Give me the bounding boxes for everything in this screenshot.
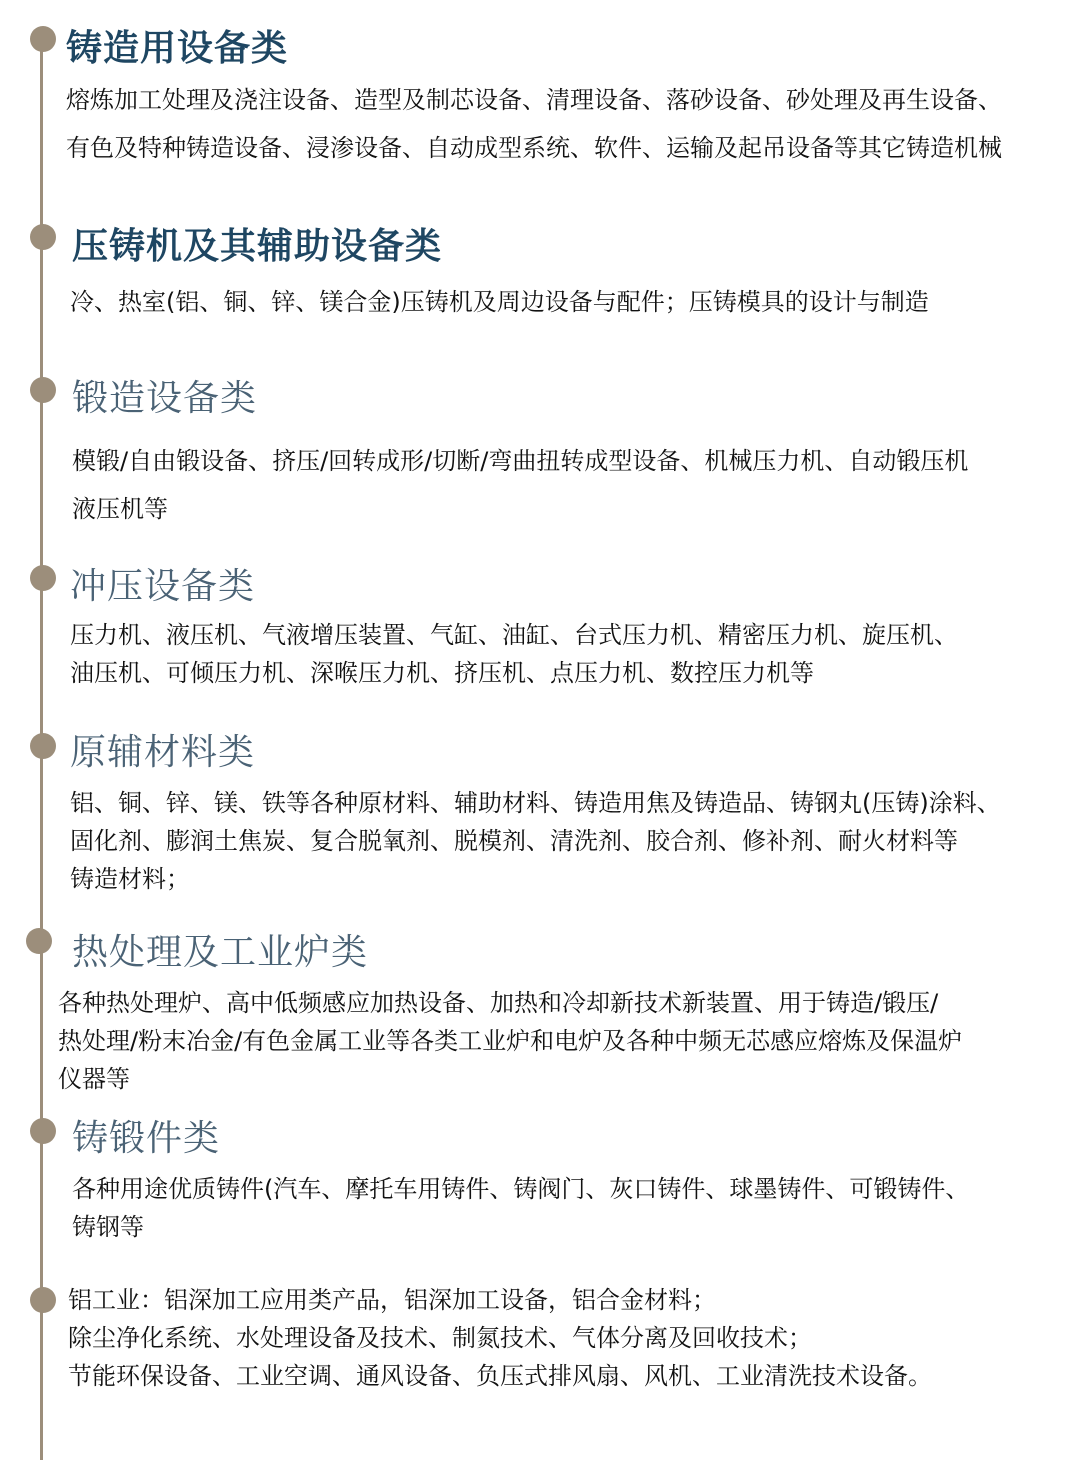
timeline-dot-icon xyxy=(26,928,52,954)
body-line: 节能环保设备、工业空调、通风设备、负压式排风扇、风机、工业清洗技术设备。 xyxy=(68,1357,932,1395)
timeline-dot-icon xyxy=(30,26,56,52)
body-line: 模锻/自由锻设备、挤压/回转成形/切断/弯曲扭转成型设备、机械压力机、自动锻压机 xyxy=(72,437,968,485)
section-body: 各种用途优质铸件(汽车、摩托车用铸件、铸阀门、灰口铸件、球墨铸件、可锻铸件、 铸… xyxy=(72,1170,969,1246)
body-line: 固化剂、膨润土焦炭、复合脱氧剂、脱模剂、清洗剂、胶合剂、修补剂、耐火材料等 xyxy=(70,822,1001,860)
section-title: 铸锻件类 xyxy=(72,1110,220,1161)
timeline-dot-icon xyxy=(30,1287,56,1313)
body-line: 铝工业：铝深加工应用类产品，铝深加工设备，铝合金材料； xyxy=(68,1281,932,1319)
section-body: 模锻/自由锻设备、挤压/回转成形/切断/弯曲扭转成型设备、机械压力机、自动锻压机… xyxy=(72,437,968,533)
section-title: 热处理及工业炉类 xyxy=(72,924,368,975)
section-title: 冲压设备类 xyxy=(70,558,255,609)
body-line: 各种热处理炉、高中低频感应加热设备、加热和冷却新技术新装置、用于铸造/锻压/ xyxy=(58,984,962,1022)
body-line: 除尘净化系统、水处理设备及技术、制氮技术、气体分离及回收技术； xyxy=(68,1319,932,1357)
section-body: 压力机、液压机、气液增压装置、气缸、油缸、台式压力机、精密压力机、旋压机、 油压… xyxy=(70,616,958,692)
body-line: 各种用途优质铸件(汽车、摩托车用铸件、铸阀门、灰口铸件、球墨铸件、可锻铸件、 xyxy=(72,1170,969,1208)
section-body: 铝、铜、锌、镁、铁等各种原材料、辅助材料、铸造用焦及铸造品、铸钢丸(压铸)涂料、… xyxy=(70,784,1001,898)
body-line: 铝、铜、锌、镁、铁等各种原材料、辅助材料、铸造用焦及铸造品、铸钢丸(压铸)涂料、 xyxy=(70,784,1001,822)
body-line: 液压机等 xyxy=(72,485,968,533)
section-body: 熔炼加工处理及浇注设备、造型及制芯设备、清理设备、落砂设备、砂处理及再生设备、 … xyxy=(66,76,1002,172)
section-body: 铝工业：铝深加工应用类产品，铝深加工设备，铝合金材料； 除尘净化系统、水处理设备… xyxy=(68,1281,932,1395)
timeline-dot-icon xyxy=(30,565,56,591)
body-line: 热处理/粉末冶金/有色金属工业等各类工业炉和电炉及各种中频无芯感应熔炼及保温炉 xyxy=(58,1022,962,1060)
section-title: 铸造用设备类 xyxy=(66,20,288,71)
body-line: 有色及特种铸造设备、浸渗设备、自动成型系统、软件、运输及起吊设备等其它铸造机械 xyxy=(66,124,1002,172)
body-line: 仪器等 xyxy=(58,1060,962,1098)
section-title: 原辅材料类 xyxy=(70,724,255,775)
section-title: 压铸机及其辅助设备类 xyxy=(72,218,442,269)
body-line: 压力机、液压机、气液增压装置、气缸、油缸、台式压力机、精密压力机、旋压机、 xyxy=(70,616,958,654)
timeline-dot-icon xyxy=(30,224,56,250)
body-line: 油压机、可倾压力机、深喉压力机、挤压机、点压力机、数控压力机等 xyxy=(70,654,958,692)
body-line: 熔炼加工处理及浇注设备、造型及制芯设备、清理设备、落砂设备、砂处理及再生设备、 xyxy=(66,76,1002,124)
timeline-dot-icon xyxy=(30,733,56,759)
body-line: 铸造材料； xyxy=(70,860,1001,898)
body-line: 铸钢等 xyxy=(72,1208,969,1246)
section-body: 各种热处理炉、高中低频感应加热设备、加热和冷却新技术新装置、用于铸造/锻压/ 热… xyxy=(58,984,962,1098)
timeline-dot-icon xyxy=(30,377,56,403)
timeline-dot-icon xyxy=(30,1118,56,1144)
body-line: 冷、热室(铝、铜、锌、镁合金)压铸机及周边设备与配件；压铸模具的设计与制造 xyxy=(70,278,929,326)
section-body: 冷、热室(铝、铜、锌、镁合金)压铸机及周边设备与配件；压铸模具的设计与制造 xyxy=(70,278,929,326)
section-title: 锻造设备类 xyxy=(72,370,257,421)
